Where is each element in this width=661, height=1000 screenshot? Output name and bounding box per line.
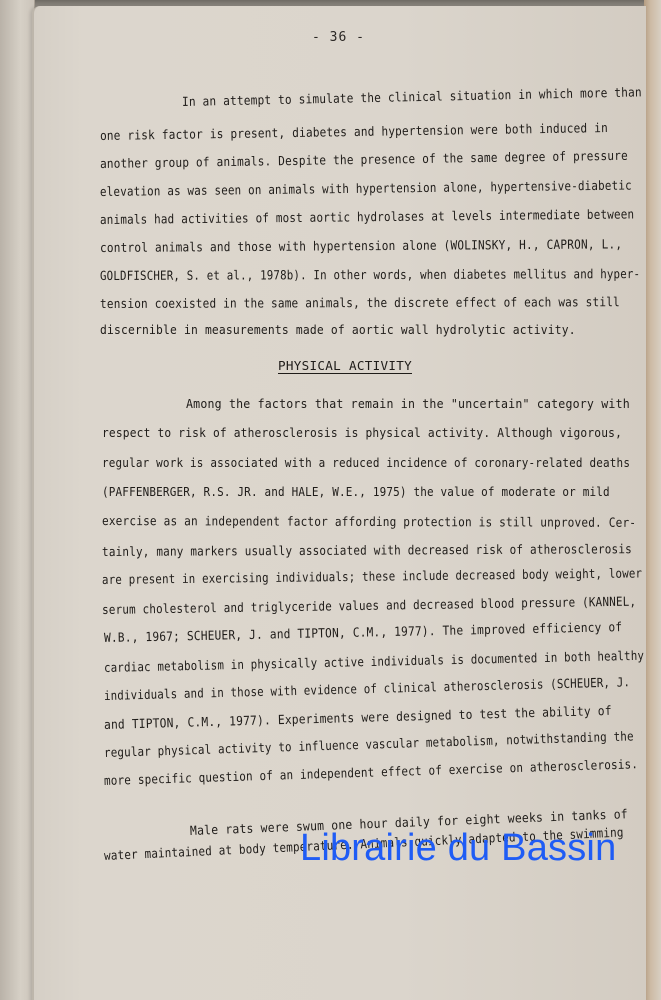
- previous-page-edge: [0, 0, 35, 1000]
- text-line: exercise as an independent factor afford…: [102, 513, 636, 530]
- text-line: regular work is associated with a reduce…: [102, 455, 630, 470]
- page-number: - 36 -: [312, 30, 365, 45]
- section-heading-physical-activity: PHYSICAL ACTIVITY: [278, 358, 412, 373]
- book-binding-edge: [644, 0, 661, 1000]
- text-line: GOLDFISCHER, S. et al., 1978b). In other…: [100, 266, 640, 283]
- text-line: discernible in measurements made of aort…: [100, 322, 576, 337]
- text-line: respect to risk of atherosclerosis is ph…: [102, 425, 622, 440]
- text-line: tainly, many markers usually associated …: [102, 541, 632, 559]
- text-line: Among the factors that remain in the "un…: [186, 396, 630, 411]
- text-line: tension coexisted in the same animals, t…: [100, 294, 620, 311]
- text-line: (PAFFENBERGER, R.S. JR. and HALE, W.E., …: [102, 484, 610, 499]
- watermark-text: Librairie du Bassin: [300, 827, 616, 870]
